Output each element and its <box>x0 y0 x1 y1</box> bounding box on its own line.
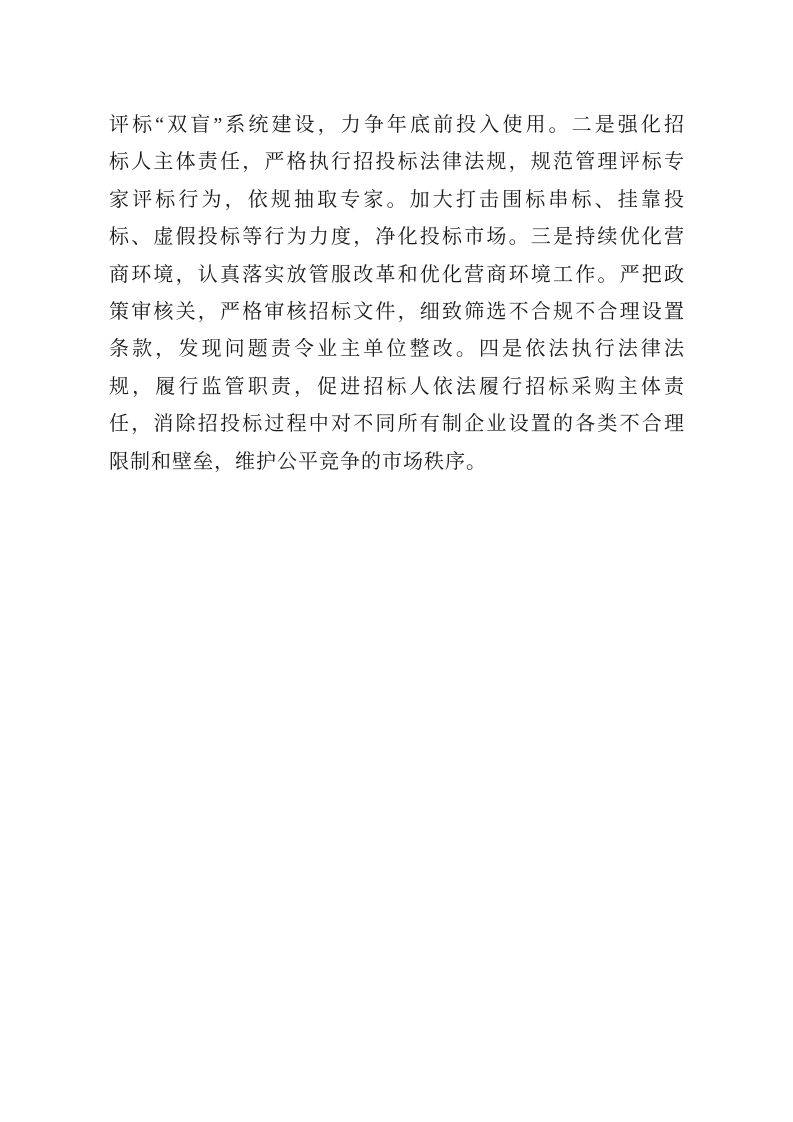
paragraph-line: 条款，发现问题责令业主单位整改。四是依法执行法律法 <box>109 331 685 368</box>
paragraph-line: 商环境，认真落实放管服改革和优化营商环境工作。严把政 <box>109 257 685 294</box>
paragraph-line: 策审核关，严格审核招标文件，细致筛选不合规不合理设置 <box>109 294 685 331</box>
document-page: 评标“双盲”系统建设，力争年底前投入使用。二是强化招 标人主体责任，严格执行招投… <box>0 0 793 1122</box>
paragraph-line: 家评标行为，依规抽取专家。加大打击围标串标、挂靠投 <box>109 182 685 219</box>
document-body-text: 评标“双盲”系统建设，力争年底前投入使用。二是强化招 标人主体责任，严格执行招投… <box>109 107 685 481</box>
paragraph-line: 任，消除招投标过程中对不同所有制企业设置的各类不合理 <box>109 406 685 443</box>
paragraph-line: 标人主体责任，严格执行招投标法律法规，规范管理评标专 <box>109 144 685 181</box>
paragraph-line: 限制和壁垒，维护公平竞争的市场秩序。 <box>109 444 685 481</box>
paragraph-line: 标、虚假投标等行为力度，净化投标市场。三是持续优化营 <box>109 219 685 256</box>
paragraph-line: 规，履行监管职责，促进招标人依法履行招标采购主体责 <box>109 369 685 406</box>
paragraph-line: 评标“双盲”系统建设，力争年底前投入使用。二是强化招 <box>109 107 685 144</box>
